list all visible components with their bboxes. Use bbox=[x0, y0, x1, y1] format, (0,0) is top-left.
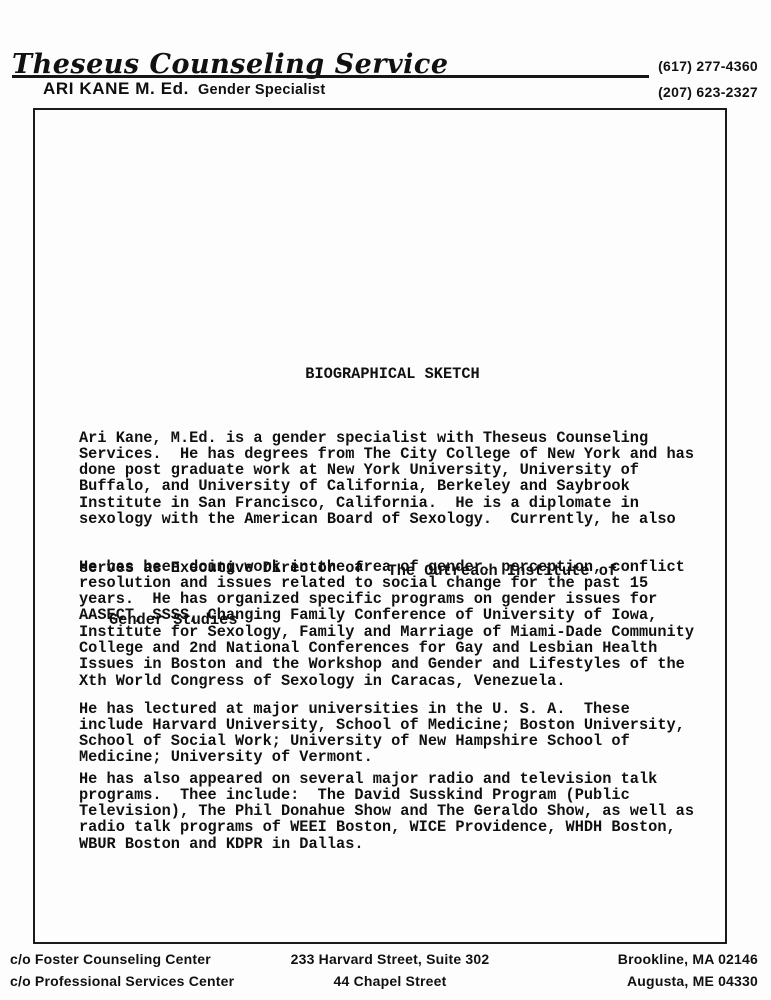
bio-paragraph-1-text: Ari Kane, M.Ed. is a gender specialist w… bbox=[79, 430, 694, 528]
practitioner-specialty: Gender Specialist bbox=[198, 82, 326, 98]
phone-number-617: (617) 277-4360 bbox=[658, 58, 758, 74]
bio-paragraph-4-text: He has also appeared on several major ra… bbox=[79, 771, 694, 852]
footer-street-line-1: 233 Harvard Street, Suite 302 bbox=[276, 948, 504, 970]
footer-city-column: Brookline, MA 02146 Augusta, ME 04330 bbox=[618, 948, 758, 992]
scanned-letter-page: Theseus Counseling Service (617) 277-436… bbox=[0, 0, 771, 1000]
footer-street-line-2: 44 Chapel Street bbox=[276, 970, 504, 992]
footer-care-of-column: c/o Foster Counseling Center c/o Profess… bbox=[10, 948, 234, 992]
phone-number-207: (207) 623-2327 bbox=[658, 84, 758, 100]
footer-street-column: 233 Harvard Street, Suite 302 44 Chapel … bbox=[276, 948, 504, 992]
footer-care-of-line-1: c/o Foster Counseling Center bbox=[10, 948, 234, 970]
practitioner-name: ARI KANE M. Ed. bbox=[43, 79, 189, 98]
footer-city-line-1: Brookline, MA 02146 bbox=[618, 948, 758, 970]
letterhead-name-row: ARI KANE M. Ed.Gender Specialist bbox=[43, 79, 326, 99]
document-heading: BIOGRAPHICAL SKETCH bbox=[79, 366, 706, 382]
footer-city-line-2: Augusta, ME 04330 bbox=[618, 970, 758, 992]
footer-care-of-line-2: c/o Professional Services Center bbox=[10, 970, 234, 992]
bio-paragraph-4: He has also appeared on several major ra… bbox=[79, 738, 694, 885]
letterhead-rule bbox=[12, 75, 649, 78]
